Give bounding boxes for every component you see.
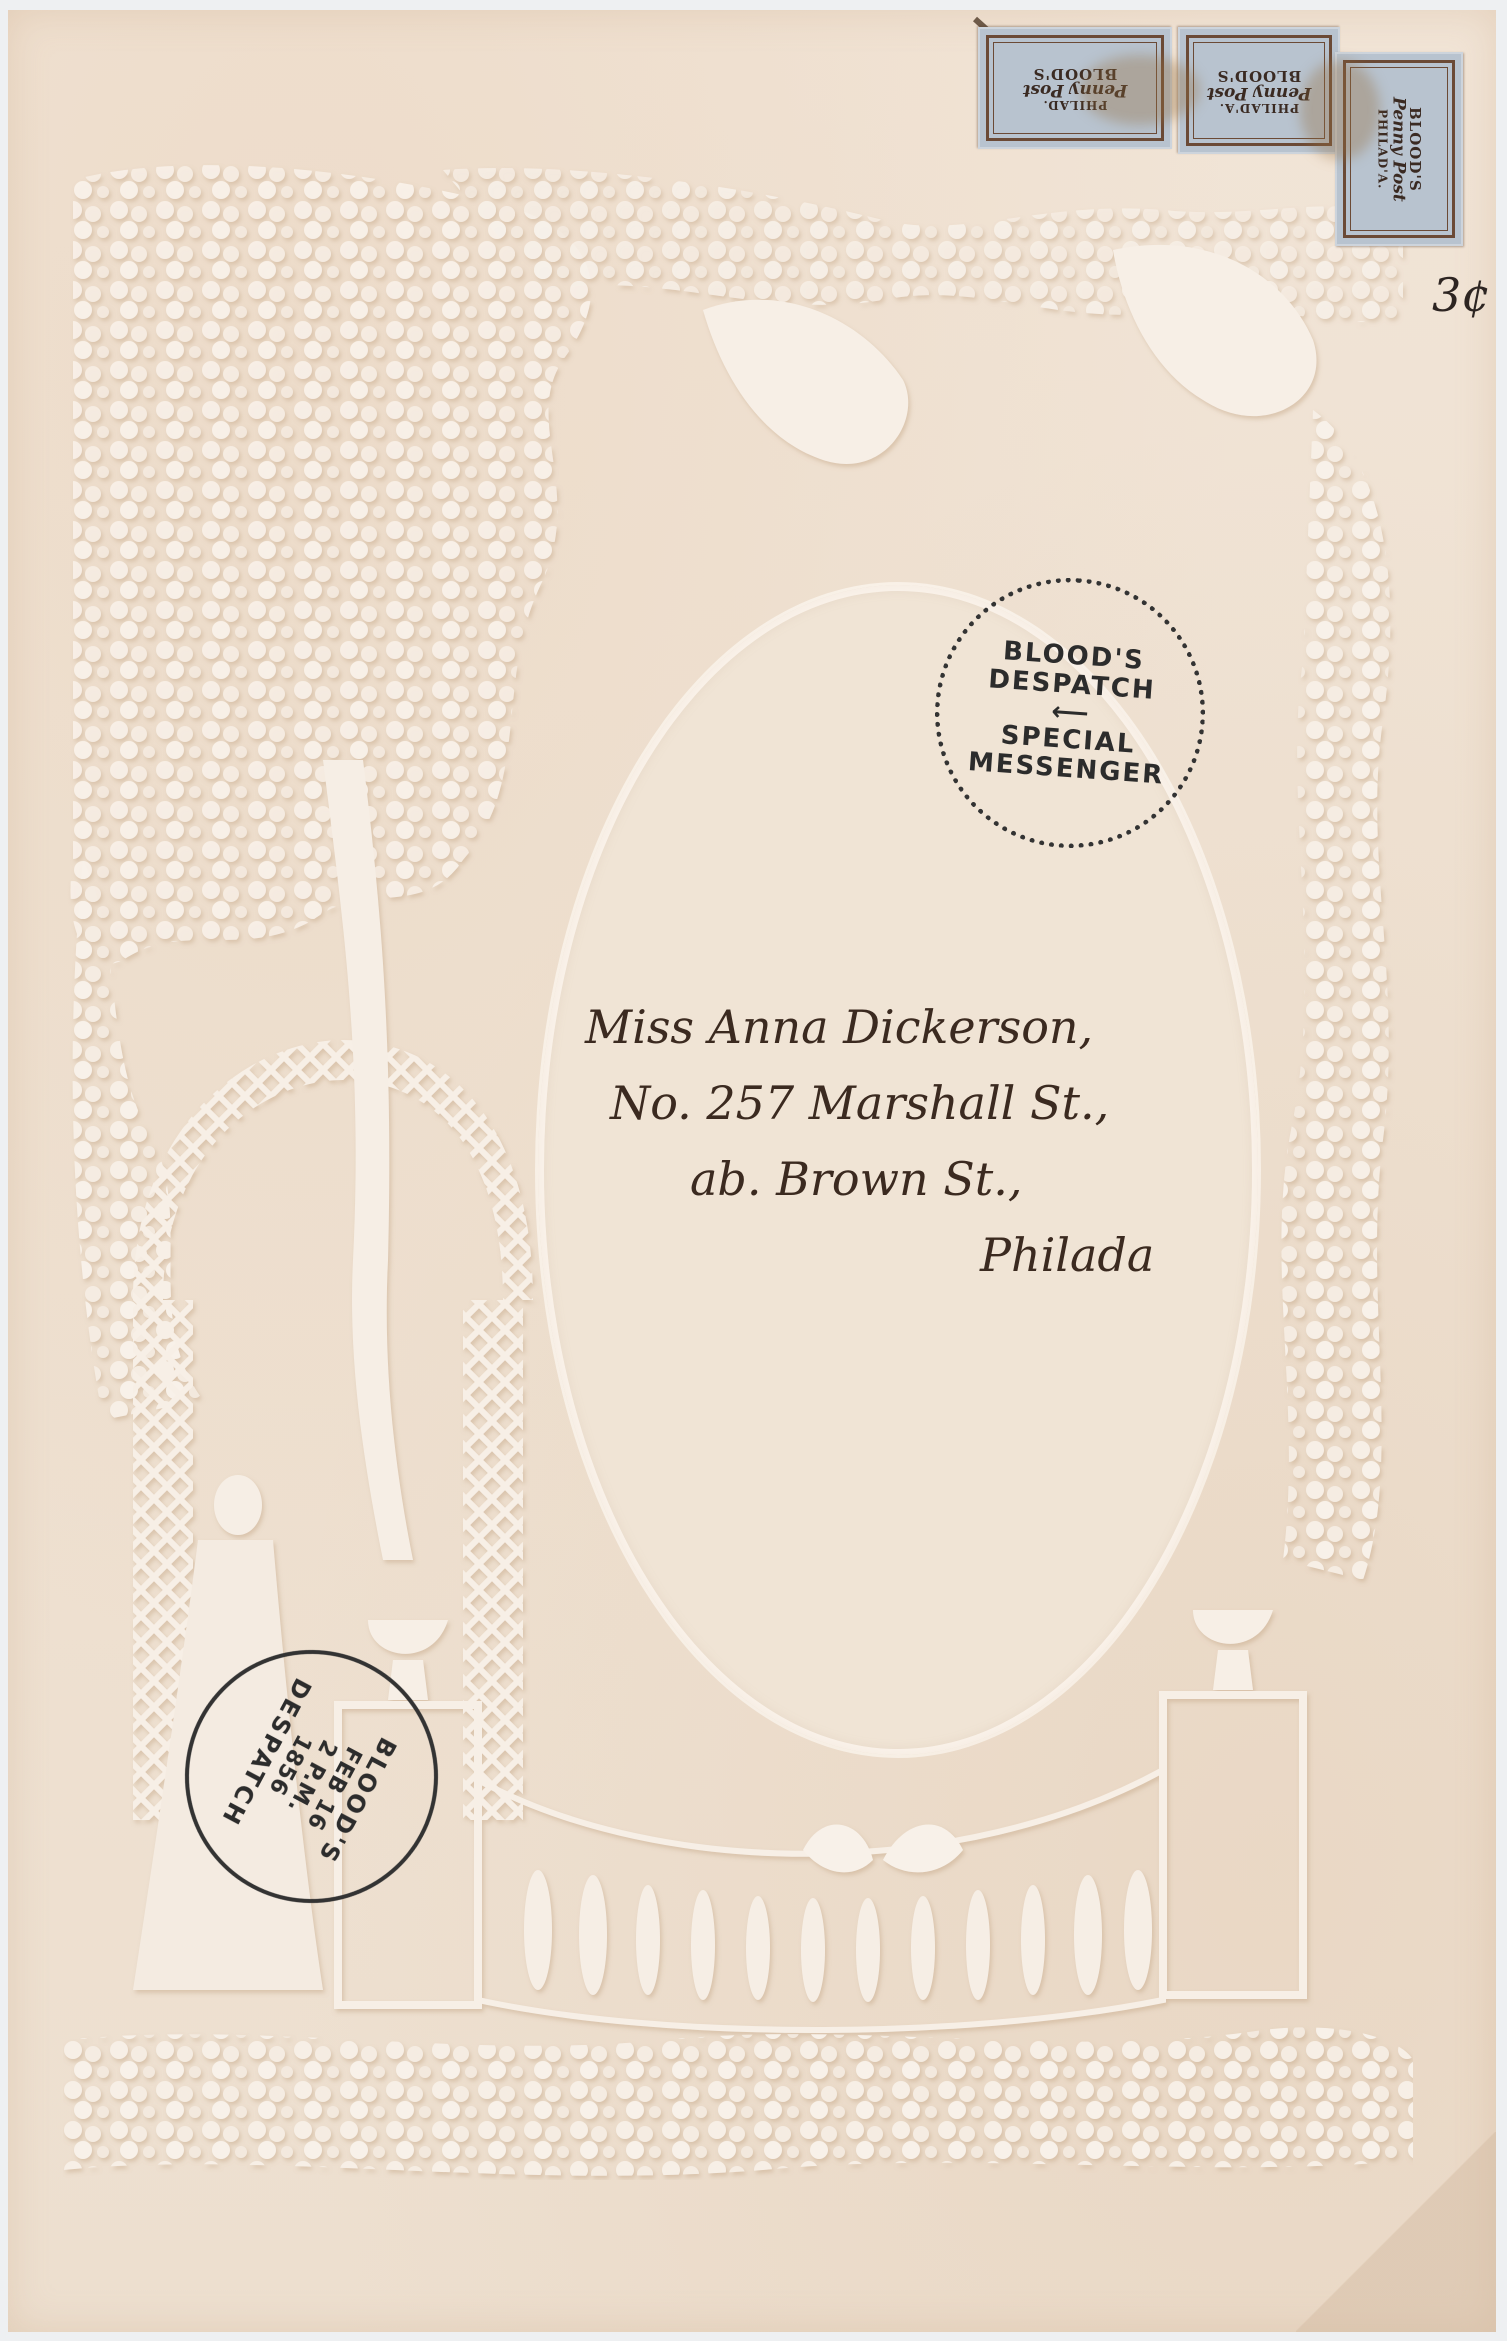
address-city: Philada [980, 1228, 1285, 1282]
stain [1300, 60, 1380, 160]
address-street: No. 257 Marshall St., [610, 1076, 1285, 1130]
address-cross-street: ab. Brown St., [690, 1152, 1285, 1206]
stain [1080, 55, 1200, 125]
handwritten-address: Miss Anna Dickerson, No. 257 Marshall St… [585, 1000, 1285, 1304]
arrow-icon: ⟵ [1050, 699, 1089, 728]
address-recipient: Miss Anna Dickerson, [585, 1000, 1285, 1054]
handstamp-line: MESSENGER [967, 748, 1165, 791]
pencil-note: 3¢ [1432, 268, 1491, 322]
